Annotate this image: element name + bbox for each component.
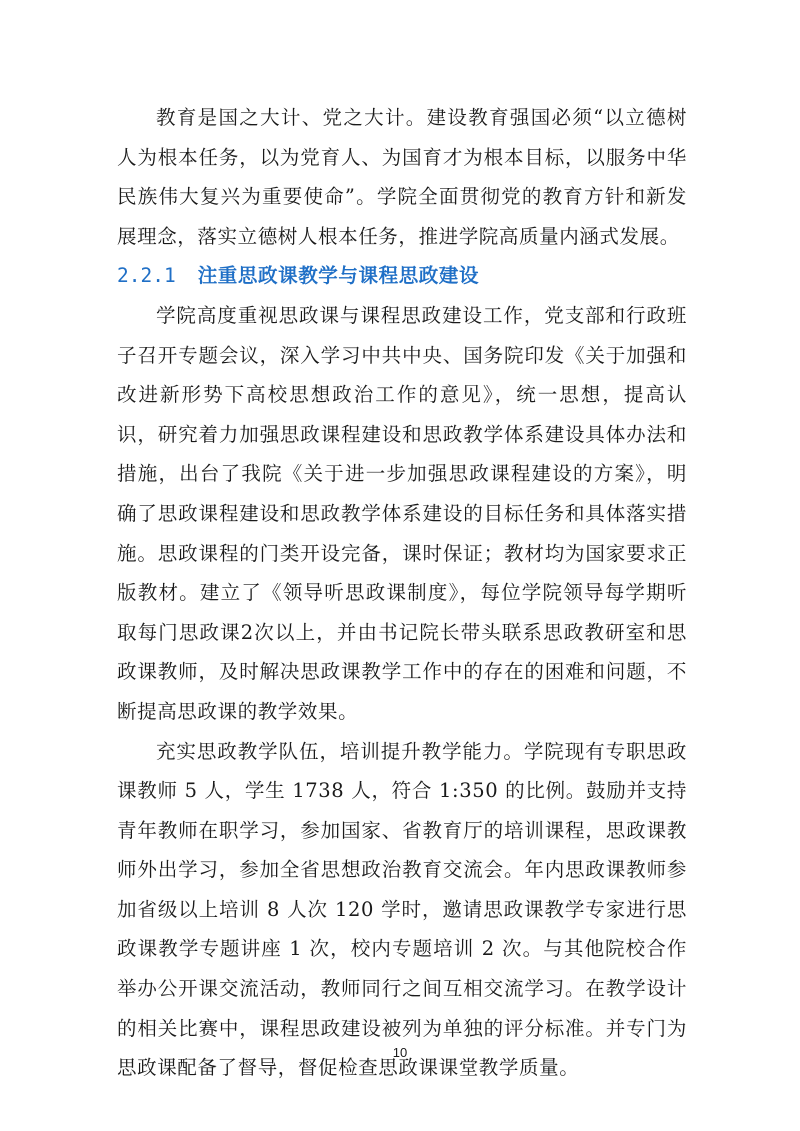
section-title: 注重思政课教学与课程思政建设 [198,264,479,287]
page-number: 10 [0,1045,800,1060]
section-number: 2.2.1 [117,264,176,287]
intro-paragraph: 教育是国之大计、党之大计。建设教育强国必须“以立德树人为根本任务，以为党育人、为… [117,98,687,256]
section-heading: 2.2.1注重思政课教学与课程思政建设 [117,256,687,296]
document-page: 教育是国之大计、党之大计。建设教育强国必须“以立德树人为根本任务，以为党育人、为… [117,98,687,1088]
teaching-team-paragraph: 充实思政教学队伍，培训提升教学能力。学院现有专职思政课教师 5 人，学生 173… [117,732,687,1088]
ideological-course-paragraph: 学院高度重视思政课与课程思政建设工作，党支部和行政班子召开专题会议，深入学习中共… [117,296,687,732]
